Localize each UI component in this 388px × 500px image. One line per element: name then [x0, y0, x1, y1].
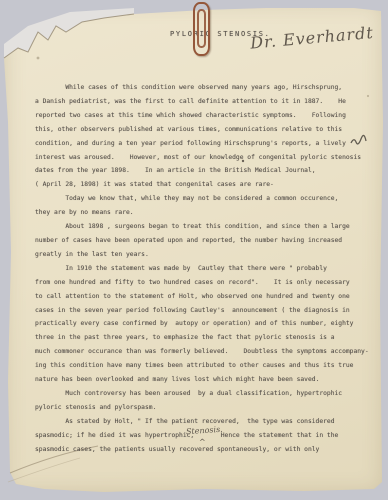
text-line: greatly in the last ten years. — [35, 248, 380, 262]
text-line: a Danish pediatrist, was the first to ca… — [35, 95, 380, 109]
paperclip-inner-loop-icon — [197, 9, 206, 48]
text-line: interest was aroused. However, most of o… — [35, 151, 380, 165]
text-line: Today we know that, while they may not b… — [35, 192, 380, 206]
text-line: three in the past three years, to emphas… — [35, 331, 380, 345]
text-line: to call attention to the statement of Ho… — [35, 290, 380, 304]
photograph-of-typed-page: { "colors": { "background": "#c5c6ce", "… — [0, 0, 388, 500]
text-line: About 1898 , surgeons began to treat thi… — [35, 220, 380, 234]
text-line: practically every case confirmed by auto… — [35, 317, 380, 331]
text-line: reported two cases at this time which sh… — [35, 109, 380, 123]
text-line: they are by no means rare. — [35, 206, 380, 220]
text-line: pyloric stenosis and pylorspasm. — [35, 401, 380, 415]
text-line: condition, and during a ten year period … — [35, 137, 380, 151]
text-line: ( April 28, 1898) it was stated that con… — [35, 178, 380, 192]
text-line: In 1910 the statement was made by Cautle… — [35, 262, 380, 276]
text-line: cases in the seven year period following… — [35, 304, 380, 318]
text-line: much commoner occurance than was formerl… — [35, 345, 380, 359]
text-line: Much controversy has been aroused by a d… — [35, 387, 380, 401]
text-line: dates from the year 1898. In an article … — [35, 164, 380, 178]
text-line: this, other observers published at vario… — [35, 123, 380, 137]
text-line: While cases of this condition were obser… — [35, 81, 380, 95]
text-line: ing this condition have many times been … — [35, 359, 380, 373]
text-line: number of cases have been operated upon … — [35, 234, 380, 248]
handwritten-caret-mark: ^ — [199, 438, 206, 447]
document-lines: While cases of this condition were obser… — [35, 81, 380, 456]
text-line: from one hundred and fifty to two hundre… — [35, 276, 380, 290]
text-line: spasmodic cases, the patients usually re… — [35, 443, 380, 457]
text-line: nature has been overlooked and many live… — [35, 373, 380, 387]
